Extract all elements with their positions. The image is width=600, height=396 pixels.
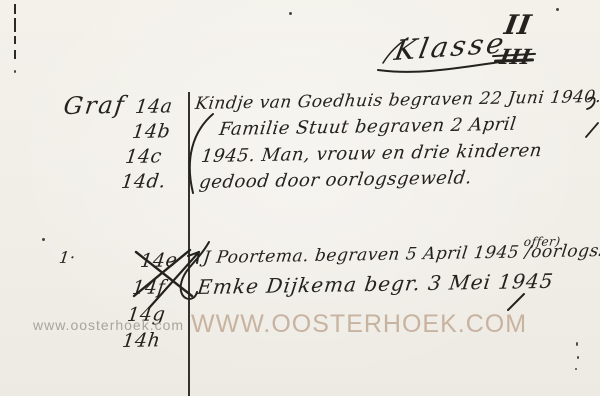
- entry-line: Kindje van Goedhuis begraven 22 Juni 194…: [194, 87, 600, 114]
- grave-number-14b: 14b: [131, 120, 172, 143]
- clipped-writing-right-edge: [582, 85, 600, 205]
- column-rule: [188, 92, 190, 396]
- ink-speck: [575, 368, 577, 370]
- class-heading: Klasse: [392, 26, 509, 67]
- grave-number-14c: 14c: [124, 145, 163, 168]
- entry-line: 1945. Man, vrouw en drie kinderen: [200, 140, 543, 167]
- grave-label: Graf: [62, 91, 127, 120]
- scan-edge-artifact: [14, 50, 16, 59]
- grave-number-14e: 14e: [139, 249, 179, 272]
- grave-number-14a: 14a: [134, 95, 174, 118]
- grave-number-14d: 14d.: [120, 170, 167, 193]
- ink-speck: [576, 342, 578, 346]
- ink-speck: [14, 70, 16, 73]
- ink-speck: [556, 8, 559, 11]
- margin-note: 1·: [58, 248, 77, 267]
- scanned-register-page: Klasse II III Graf 14a 14b 14c 14d. Kind…: [0, 0, 600, 396]
- class-value-new: II: [502, 10, 534, 41]
- watermark-small: www.oosterhoek.com: [33, 317, 184, 333]
- ink-speck: [42, 238, 45, 241]
- scan-edge-artifact: [14, 18, 16, 32]
- grave-number-14f: 14f: [131, 276, 167, 299]
- ink-speck: [577, 356, 579, 359]
- scan-edge-artifact: [14, 4, 16, 14]
- entry-line: Familie Stuut begraven 2 April: [218, 114, 518, 140]
- entry-line-superscript: offer): [523, 234, 561, 249]
- entry-line: Emke Dijkema begr. 3 Mei 1945: [196, 269, 555, 299]
- scan-edge-artifact: [14, 36, 16, 44]
- ink-speck: [289, 12, 292, 15]
- watermark-large: WWW.OOSTERHOEK.COM: [191, 310, 527, 339]
- entry-line: gedood door oorlogsgeweld.: [198, 167, 473, 193]
